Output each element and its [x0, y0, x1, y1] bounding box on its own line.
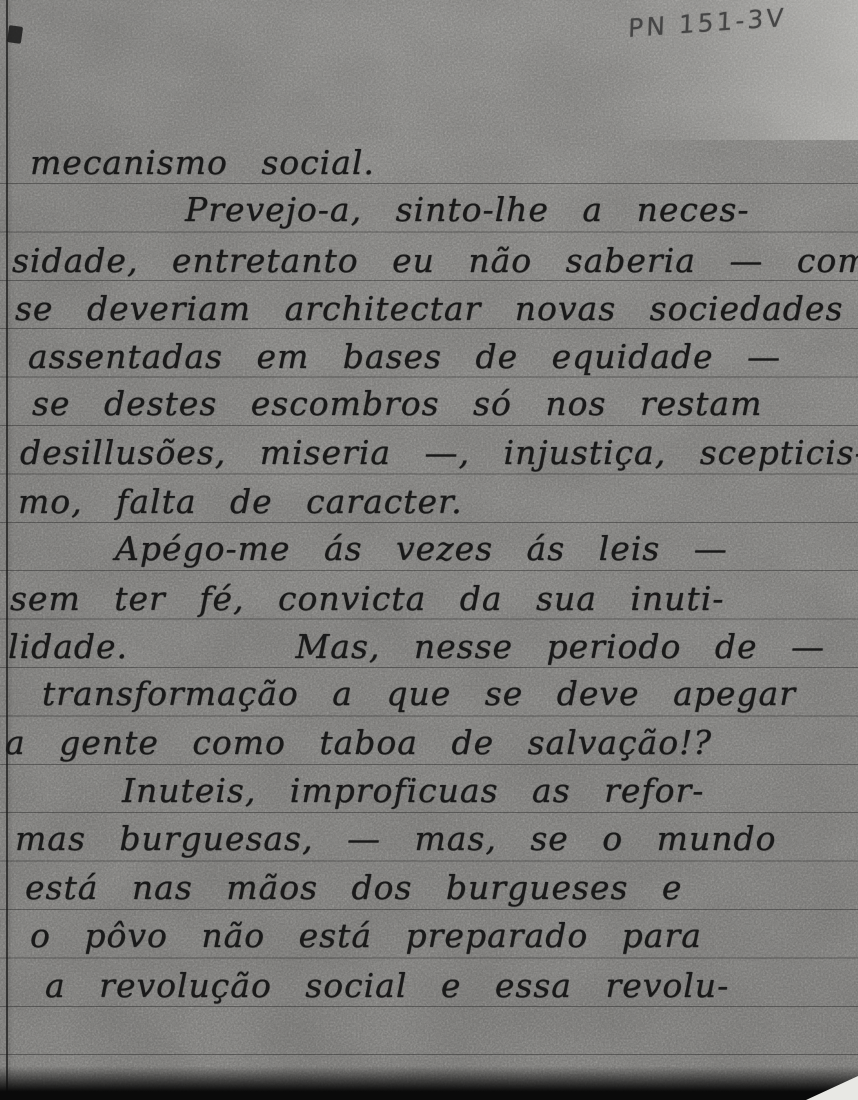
manuscript-line: assentadas em bases de equidade —	[28, 337, 781, 377]
manuscript-line: a revolução social e essa revolu-	[45, 966, 729, 1006]
manuscript-page: PN 151-3V mecanismo social. Prevejo-a, s…	[0, 0, 858, 1100]
manuscript-line: se destes escombros só nos restam	[32, 384, 762, 424]
manuscript-line: o pôvo não está preparado para	[30, 916, 702, 956]
manuscript-line: mecanismo social.	[30, 143, 375, 183]
manuscript-line: está nas mãos dos burgueses e	[25, 868, 682, 908]
manuscript-line: sidade, entretanto eu não saberia — como	[12, 241, 858, 281]
page-left-edge	[6, 0, 8, 1100]
manuscript-line: transformação a que se deve apegar	[42, 674, 796, 714]
manuscript-line: desillusões, miseria —, injustiça, scept…	[20, 433, 858, 473]
manuscript-line: Inuteis, improficuas as refor-	[122, 771, 704, 811]
archival-annotation: PN 151-3V	[628, 2, 799, 43]
manuscript-line: Prevejo-a, sinto-lhe a neces-	[185, 190, 749, 230]
manuscript-line: lidade. Mas, nesse periodo de —	[8, 627, 825, 667]
manuscript-line: se deveriam architectar novas sociedades	[15, 289, 843, 329]
manuscript-line: sem ter fé, convicta da sua inuti-	[10, 579, 724, 619]
manuscript-line: a gente como taboa de salvação!?	[5, 723, 712, 763]
page-bottom-edge	[0, 1066, 858, 1100]
manuscript-line: mas burguesas, — mas, se o mundo	[15, 819, 776, 859]
manuscript-line: Apégo-me ás vezes ás leis —	[115, 529, 728, 569]
corner-ink-mark	[7, 25, 23, 44]
page-corner-fold	[806, 1076, 858, 1100]
manuscript-line: mo, falta de caracter.	[18, 482, 463, 522]
